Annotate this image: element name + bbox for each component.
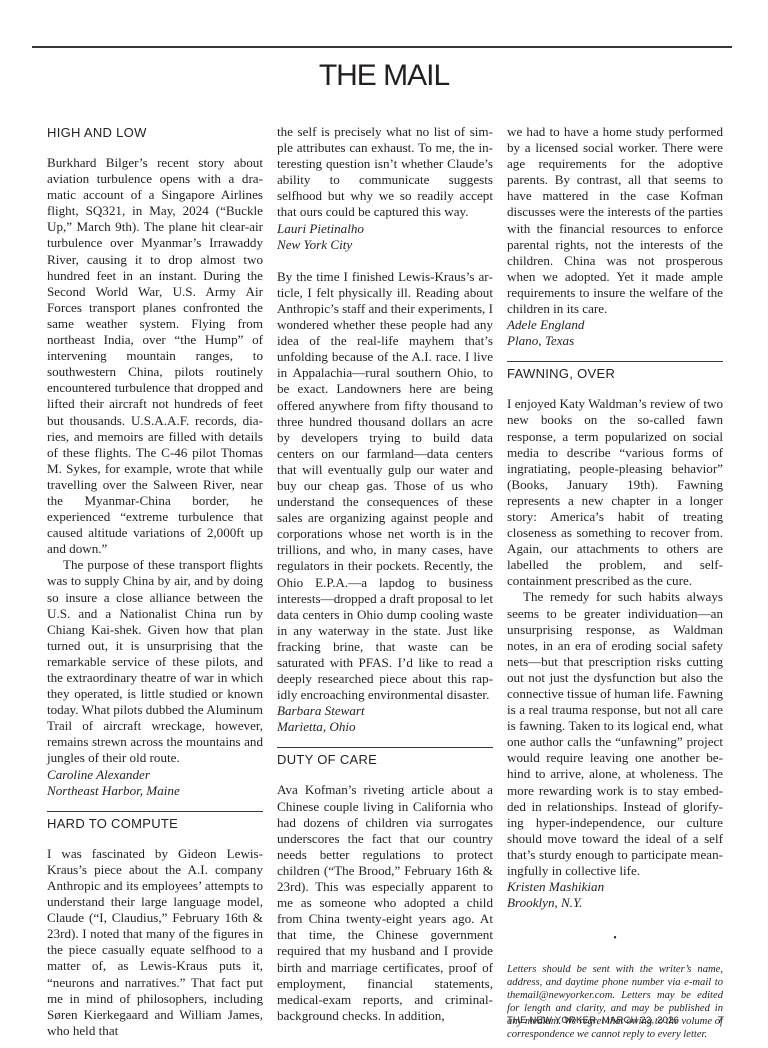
- letter-paragraph: The remedy for such habits always seems …: [507, 589, 723, 879]
- signature-name: Lauri Pietinalho: [277, 221, 493, 237]
- section-heading-high-and-low: HIGH AND LOW: [47, 124, 263, 142]
- letter-paragraph: we had to have a home study performed by…: [507, 124, 723, 317]
- letter-paragraph: By the time I finished Lewis-Kraus’s ar­…: [277, 269, 493, 704]
- column-1: HIGH AND LOW Burkhard Bilger’s recent st…: [47, 124, 263, 1039]
- signature-location: Brooklyn, N.Y.: [507, 895, 723, 911]
- signature-name: Caroline Alexander: [47, 767, 263, 783]
- section-heading-fawning-over: FAWNING, OVER: [507, 361, 723, 383]
- letter-paragraph: Burkhard Bilger’s recent story about avi…: [47, 155, 263, 557]
- page-number: 7: [718, 1015, 723, 1026]
- submission-note: Letters should be sent with the writer’s…: [507, 963, 723, 1041]
- letter-paragraph: The purpose of these transport flights w…: [47, 557, 263, 766]
- signature-name: Adele England: [507, 317, 723, 333]
- page-title: THE MAIL: [0, 56, 768, 96]
- signature-location: Marietta, Ohio: [277, 719, 493, 735]
- top-rule: [32, 46, 732, 48]
- footer-publication: THE NEW YORKER, MARCH 23, 2026: [507, 1015, 679, 1026]
- column-3: we had to have a home study performed by…: [507, 124, 723, 1041]
- column-2: the self is precisely what no list of si…: [277, 124, 493, 1024]
- section-heading-duty-of-care: DUTY OF CARE: [277, 747, 493, 769]
- letter-paragraph: Ava Kofman’s riveting article about a Ch…: [277, 782, 493, 1023]
- page-footer: THE NEW YORKER, MARCH 23, 2026 7: [507, 1015, 723, 1026]
- letter-paragraph: the self is precisely what no list of si…: [277, 124, 493, 221]
- signature-location: Plano, Texas: [507, 333, 723, 349]
- signature-location: New York City: [277, 237, 493, 253]
- letter-paragraph: I enjoyed Katy Waldman’s review of two n…: [507, 396, 723, 589]
- letter-spacer: [277, 253, 493, 269]
- section-heading-hard-to-compute: HARD TO COMPUTE: [47, 811, 263, 833]
- signature-name: Kristen Mashikian: [507, 879, 723, 895]
- bullet-ornament: •: [507, 931, 723, 947]
- signature-name: Barbara Stewart: [277, 703, 493, 719]
- letter-paragraph: I was fascinated by Gideon Lewis-Kraus’s…: [47, 846, 263, 1039]
- signature-location: Northeast Harbor, Maine: [47, 783, 263, 799]
